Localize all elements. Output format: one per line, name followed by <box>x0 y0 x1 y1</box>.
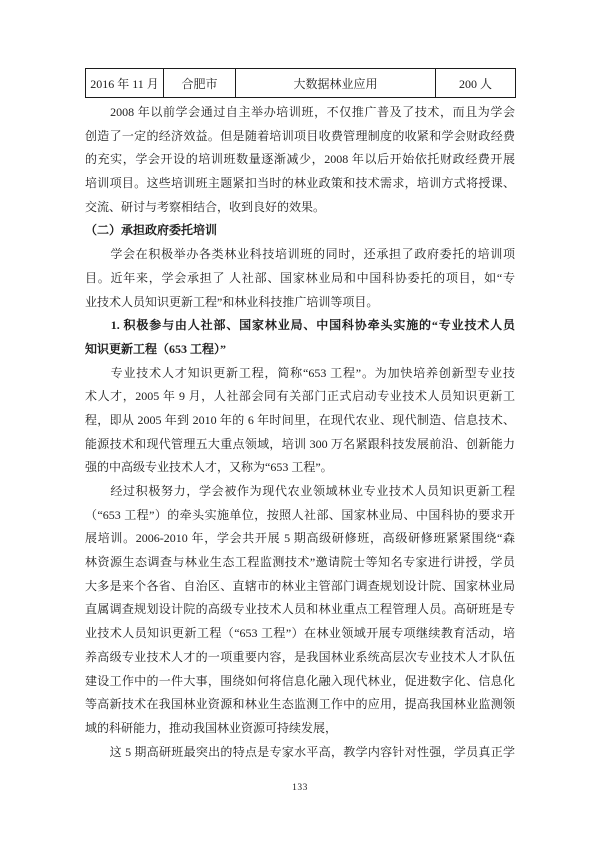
table-cell-location: 合肥市 <box>164 69 236 98</box>
text-line: （二）承担政府委托培训 <box>85 219 515 243</box>
table-cell-participants: 200 人 <box>436 69 516 98</box>
document-page: 2016 年 11 月 合肥市 大数据林业应用 200 人 2008 年以前学会… <box>85 68 515 764</box>
text-line: 业技术人员知识更新工程（“653 工程”）在林业领域开展专项继续教育活动，培 <box>85 622 515 646</box>
text-line: 大多是来个各省、自治区、直辖市的林业主管部门调查规划设计院、国家林业局 <box>85 575 515 599</box>
text-line: 交流、研讨与考察相结合，收到良好的效果。 <box>85 196 515 220</box>
text-line: 学会在积极举办各类林业科技培训班的同时，还承担了政府委托的培训项 <box>85 243 515 267</box>
text-line: 术人才，2005 年 9 月，人社部会同有关部门正式启动专业技术人员知识更新工 <box>85 385 515 409</box>
text-line: 能源技术和现代管理五大重点领域，培训 300 万名紧跟科技发展前沿、创新能力 <box>85 433 515 457</box>
text-line: 1. 积极参与由人社部、国家林业局、中国科协牵头实施的“专业技术人员 <box>85 314 515 338</box>
document-body: 2008 年以前学会通过自主举办培训班，不仅推广普及了技术，而且为学会创造了一定… <box>85 101 515 764</box>
text-line: 的充实，学会开设的培训班数量逐渐减少，2008 年以后开始依托财政经费开展 <box>85 148 515 172</box>
text-line: 展培训。2006-2010 年，学会共开展 5 期高级研修班，高级研修班紧紧围绕… <box>85 527 515 551</box>
table-cell-date: 2016 年 11 月 <box>86 69 164 98</box>
text-line: 强的中高级专业技术人才，又称为“653 工程”。 <box>85 456 515 480</box>
page-number: 133 <box>0 783 600 793</box>
text-line: 知识更新工程（653 工程）” <box>85 338 515 362</box>
text-line: 域的科研能力，推动我国林业资源可持续发展， <box>85 717 515 741</box>
text-line: 程，即从 2005 年到 2010 年的 6 年时间里，在现代农业、现代制造、信… <box>85 409 515 433</box>
text-line: 2008 年以前学会通过自主举办培训班，不仅推广普及了技术，而且为学会 <box>85 101 515 125</box>
text-line: 目。近年来，学会承担了 人社部、国家林业局和中国科协委托的项目，如“专 <box>85 267 515 291</box>
text-line: 林资源生态调查与林业生态工程监测技术”邀请院士等知名专家进行讲授，学员 <box>85 551 515 575</box>
text-line: 业技术人员知识更新工程”和林业科技推广培训等项目。 <box>85 291 515 315</box>
text-line: 专业技术人才知识更新工程，简称“653 工程”。为加快培养创新型专业技 <box>85 362 515 386</box>
text-line: 经过积极努力，学会被作为现代农业领域林业专业技术人员知识更新工程 <box>85 480 515 504</box>
text-line: 直属调查规划设计院的高级专业技术人员和林业重点工程管理人员。高研班是专 <box>85 598 515 622</box>
text-line: 等高新技术在我国林业资源和林业生态监测工作中的应用，提高我国林业监测领 <box>85 693 515 717</box>
text-line: （“653 工程”）的牵头实施单位，按照人社部、国家林业局、中国科协的要求开 <box>85 504 515 528</box>
text-line: 培训项目。这些培训班主题紧扣当时的林业政策和技术需求，培训方式将授课、 <box>85 172 515 196</box>
text-line: 建设工作中的一件大事，围绕如何将信息化融入现代林业，促进数字化、信息化 <box>85 670 515 694</box>
text-line: 创造了一定的经济效益。但是随着培训项目收费管理制度的收紧和学会财政经费 <box>85 125 515 149</box>
training-sessions-table: 2016 年 11 月 合肥市 大数据林业应用 200 人 <box>85 68 516 98</box>
table-row: 2016 年 11 月 合肥市 大数据林业应用 200 人 <box>86 69 516 98</box>
table-cell-topic: 大数据林业应用 <box>236 69 436 98</box>
text-line: 养高级专业技术人才的一项重要内容，是我国林业系统高层次专业技术人才队伍 <box>85 646 515 670</box>
text-line: 这 5 期高研班最突出的特点是专家水平高，教学内容针对性强，学员真正学 <box>85 741 515 765</box>
